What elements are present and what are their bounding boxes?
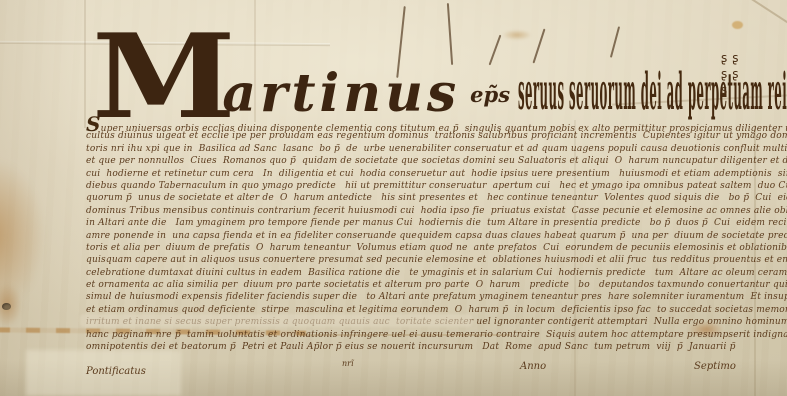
manuscript-text-line: diebus quando Tabernaculum in quo ymago … (86, 180, 764, 192)
manuscript-text-line: quisquam capere aut in aliquos usus conu… (86, 254, 764, 266)
heading-flourish-ornaments: ʂʂʂ ʂʂ (721, 50, 739, 98)
manuscript-text-line: cultus diuinus uigeat et ecclie ipe per … (86, 130, 764, 142)
manuscript-text-line: toris et alia per diuum de prefatis O ha… (86, 242, 764, 254)
pope-name: artinus (222, 74, 460, 114)
flourish-ornament: ʂ (721, 50, 727, 66)
flourish-ornament: ʂ (721, 82, 727, 98)
worm-hole (2, 303, 11, 310)
rust-stain (0, 283, 22, 327)
flourish-column: ʂʂʂ (721, 50, 727, 98)
edge-shading (0, 0, 86, 396)
manuscript-text-line: et ornamenta ac alia similia per diuum p… (86, 279, 764, 291)
flourish-column: ʂʂ (732, 50, 738, 98)
manuscript-text-line: in Altari ante die Iam ymaginem pro temp… (86, 217, 764, 229)
flourish-ornament: ʂ (721, 66, 727, 82)
manuscript-text-line: amre ponende in una capsa fienda et in e… (86, 230, 764, 242)
footer-septimo: Septimo (694, 361, 736, 372)
crease-line (84, 0, 86, 128)
rust-stain (0, 158, 46, 313)
manuscript-text-line: dominus Tribus mensibus continuis contra… (86, 205, 764, 217)
flourish-ornament: ʂ (732, 66, 738, 82)
manuscript-text-line: quorum p̃ unus de societate et alter de … (86, 192, 764, 204)
footer-pontificatus: Pontificatus (86, 366, 146, 377)
manuscript-text-line: et que per nonnullos Ciues Romanos quo p… (86, 155, 764, 167)
manuscript-text-line: irritum et inane si secus super premissi… (86, 316, 764, 328)
decorated-initial-m: M (92, 38, 236, 116)
charter-body-text: Super uniuersas orbis ecclias diuina dis… (86, 118, 764, 353)
manuscript-text-line: et etiam ordinamus quod deficiente stirp… (86, 304, 764, 316)
manuscript-text-line: simul de huiusmodi expensis fideliter fa… (86, 291, 764, 303)
manuscript-text-line: Super uniuersas orbis ecclias diuina dis… (86, 118, 764, 130)
footer-nostri: nrĩ (342, 359, 354, 368)
episcopus-abbreviation: ep̃s (470, 86, 510, 104)
manuscript-text-line: omnipotentis dei et beatorum p̃ Petri et… (86, 341, 764, 353)
manuscript-text-line: cui hodierne et retinetur cum cera In di… (86, 168, 764, 180)
footer-anno: Anno (520, 361, 546, 372)
manuscript-text-line: hanc paginam nre p̃ tamin uoluntatis et … (86, 329, 764, 341)
parchment-charter-photo: M artinus ep̃s seruus seruorum dei ad pe… (0, 0, 787, 396)
manuscript-text-line: toris nri ihu xpi que in Basilica ad San… (86, 143, 764, 155)
manuscript-text-line: celebratione dumtaxat diuini cultus in e… (86, 267, 764, 279)
flourish-ornament: ʂ (732, 50, 738, 66)
charter-heading: M artinus ep̃s seruus seruorum dei ad pe… (92, 16, 787, 116)
elongated-intitulatio: seruus seruorum dei ad perpetuam rei mem… (518, 72, 787, 115)
